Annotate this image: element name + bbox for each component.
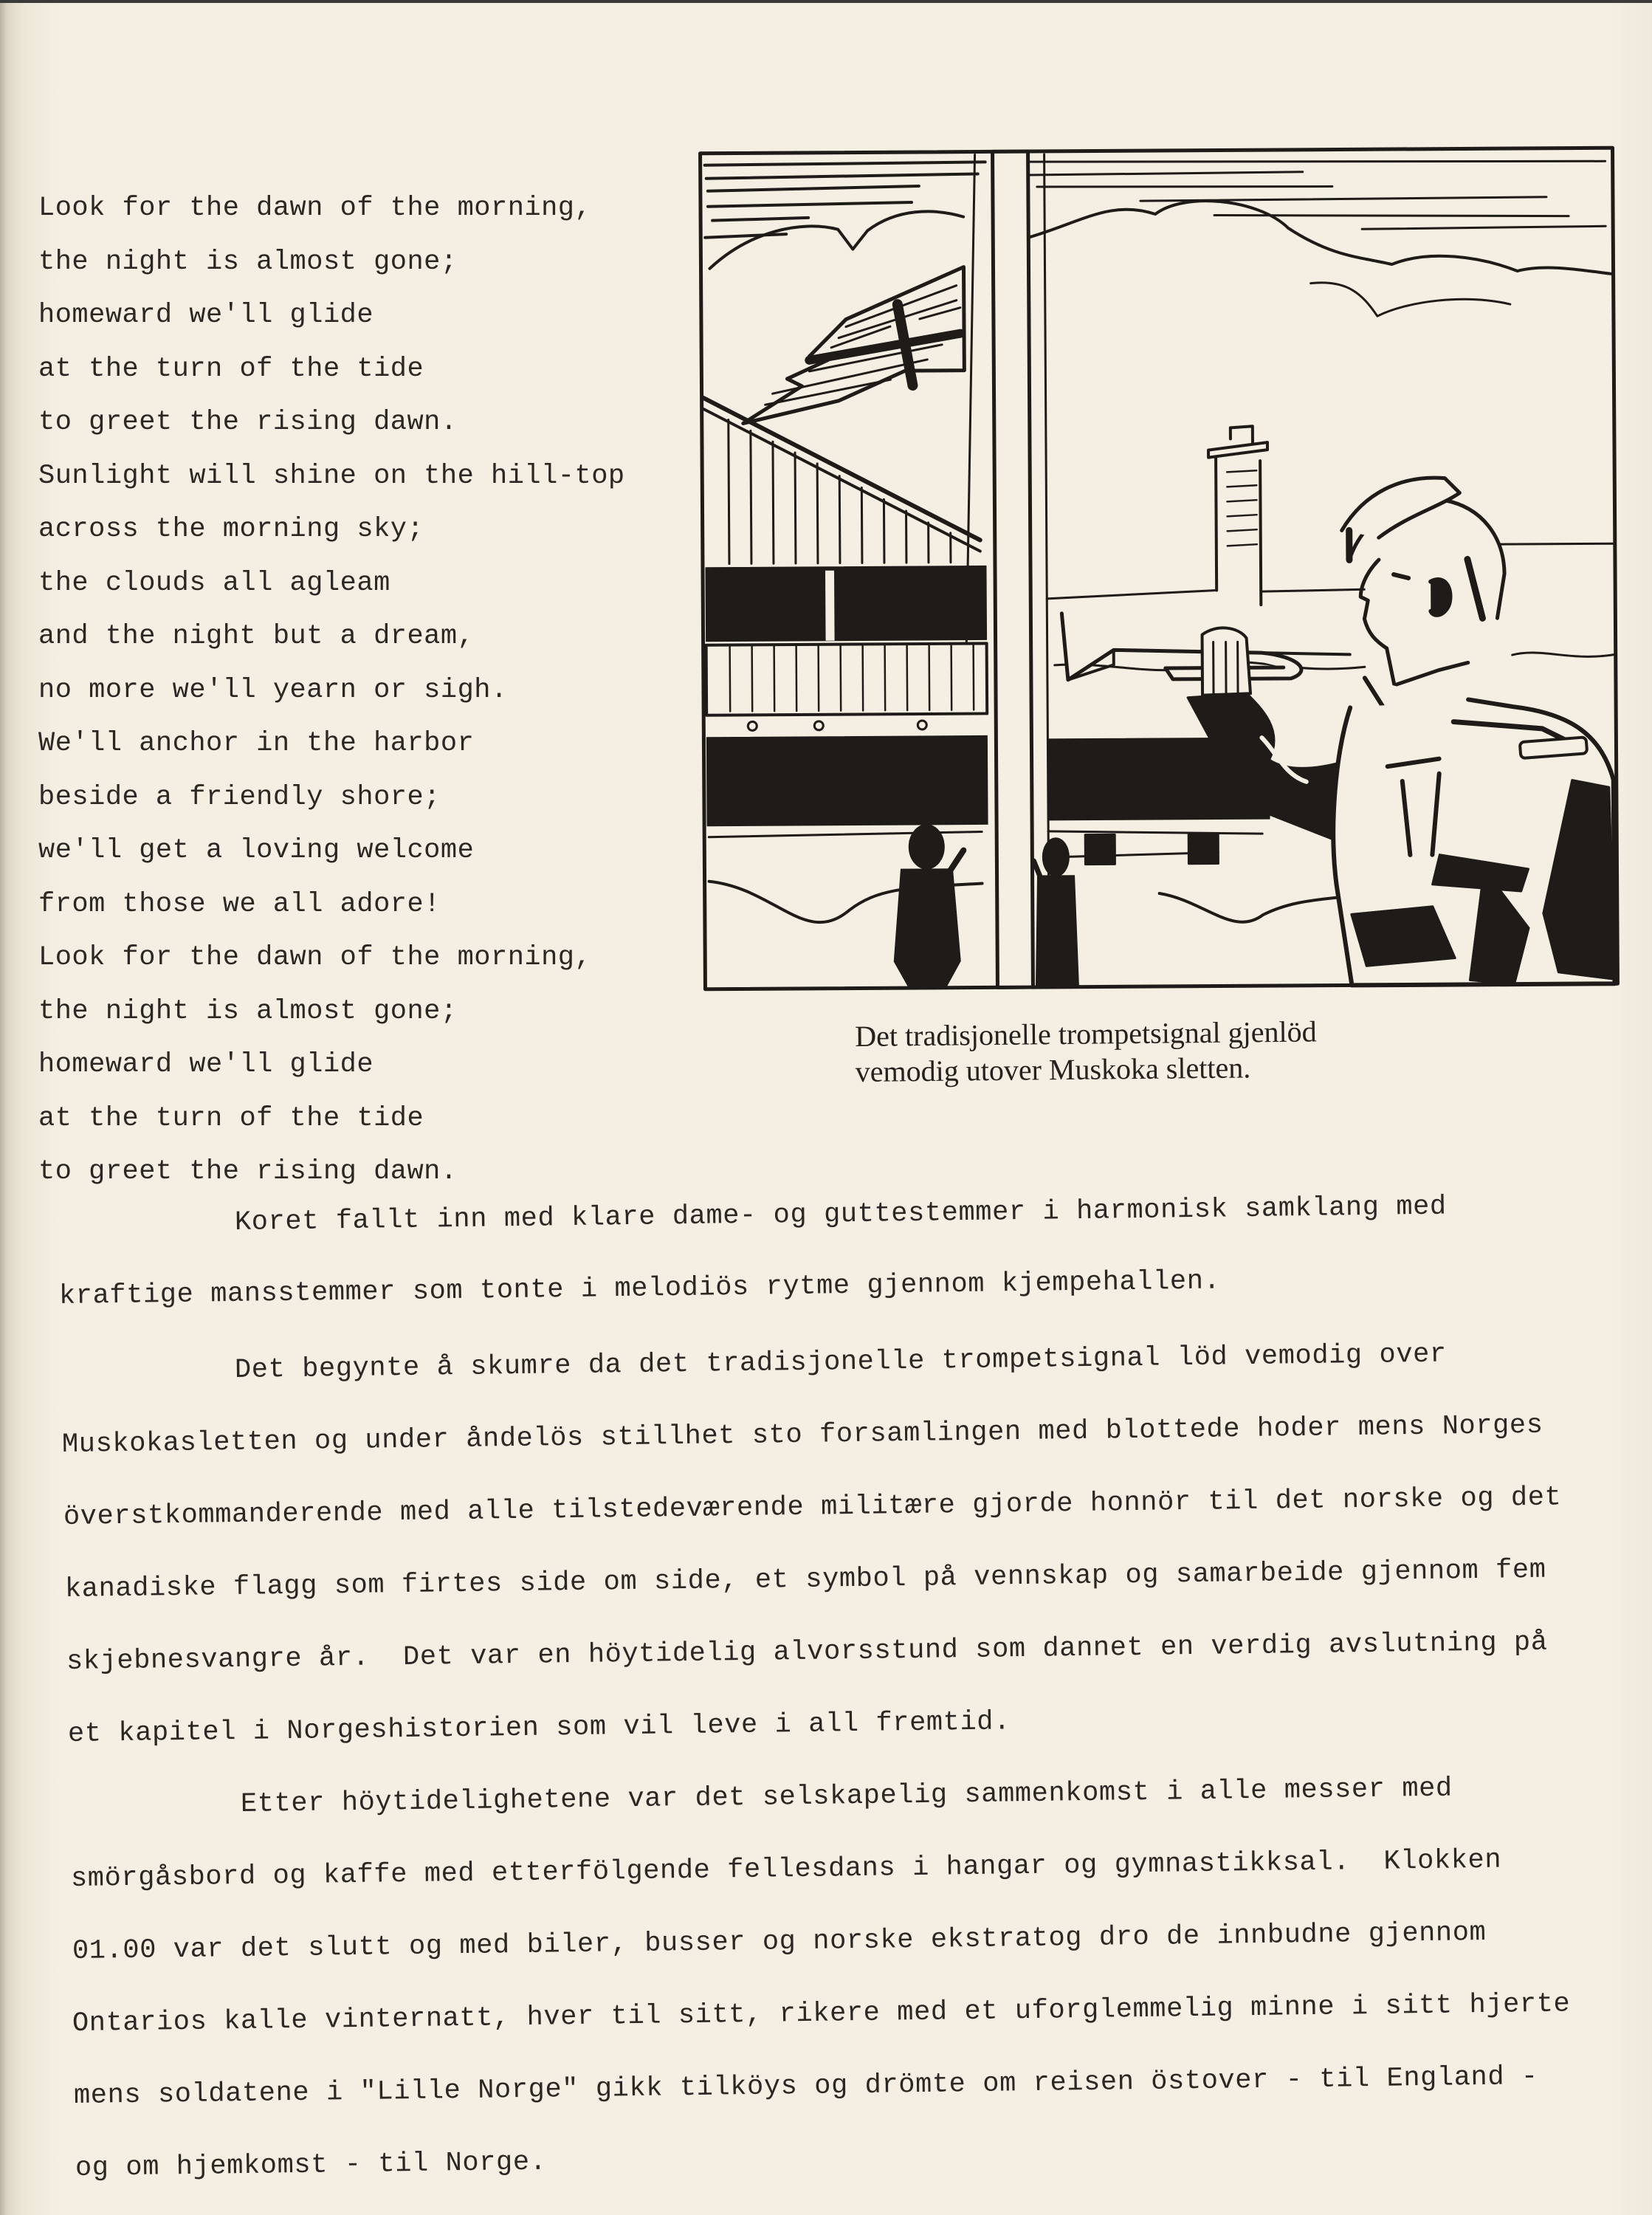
poem-line: homeward we'll glide — [38, 289, 688, 343]
poem-line: We'll anchor in the harbor — [38, 717, 688, 771]
paragraph-line: Ontarios kalle vinternatt, hver til sitt… — [72, 1988, 1571, 2039]
paragraph-line: 01.00 var det slutt og med biler, busser… — [72, 1917, 1487, 1967]
poem-line: the night is almost gone; — [38, 985, 688, 1039]
paragraph-line: og om hjemkomst - til Norge. — [75, 2147, 547, 2184]
poem-line: Look for the dawn of the morning, — [38, 182, 688, 236]
caption-line: vemodig utover Muskoka sletten. — [856, 1047, 1579, 1090]
poem-line: the clouds all agleam — [38, 557, 688, 611]
poem-line: to greet the rising dawn. — [38, 1145, 688, 1199]
poem-line: and the night but a dream, — [38, 610, 688, 664]
bugler-illustration — [698, 145, 1621, 992]
poem-line: no more we'll yearn or sigh. — [38, 664, 688, 718]
paragraph-line: skjebnesvangre år. Det var en höytidelig… — [66, 1627, 1548, 1677]
scan-edge — [0, 0, 1652, 3]
poem: Look for the dawn of the morning, the ni… — [38, 182, 688, 1199]
paragraph-line: smörgåsbord og kaffe med etterfölgende f… — [71, 1845, 1502, 1895]
poem-line: at the turn of the tide — [38, 1092, 688, 1146]
paragraph-line: överstkommanderende med alle tilstedevær… — [63, 1482, 1562, 1533]
paragraph-line: Etter höytidelighetene var det selskapel… — [72, 1773, 1453, 1822]
poem-line: Look for the dawn of the morning, — [38, 931, 688, 985]
figure-caption: Det tradisjonelle trompetsignal gjenlöd … — [855, 1012, 1579, 1090]
poem-line: to greet the rising dawn. — [38, 396, 688, 450]
paragraph-line: et kapitel i Norgeshistorien som vil lev… — [68, 1706, 1011, 1750]
poem-line: homeward we'll glide — [38, 1038, 688, 1092]
paragraph-line: Det begynte å skumre da det tradisjonell… — [66, 1339, 1447, 1388]
paragraph-line: mens soldatene i "Lille Norge" gikk tilk… — [74, 2061, 1538, 2112]
poem-line: across the morning sky; — [38, 503, 688, 557]
poem-line: from those we all adore! — [38, 878, 688, 932]
poem-line: the night is almost gone; — [38, 236, 688, 289]
paragraph-line: kraftige mansstemmer som tonte i melodiö… — [59, 1266, 1221, 1312]
poem-line: at the turn of the tide — [38, 343, 688, 396]
paragraph-line: Muskokasletten og under åndelös stillhet… — [62, 1410, 1543, 1460]
poem-line: Sunlight will shine on the hill-top — [38, 450, 688, 504]
paragraph-line: kanadiske flagg som firtes side om side,… — [65, 1555, 1546, 1605]
poem-line: beside a friendly shore; — [38, 771, 688, 825]
poem-line: we'll get a loving welcome — [38, 824, 688, 878]
